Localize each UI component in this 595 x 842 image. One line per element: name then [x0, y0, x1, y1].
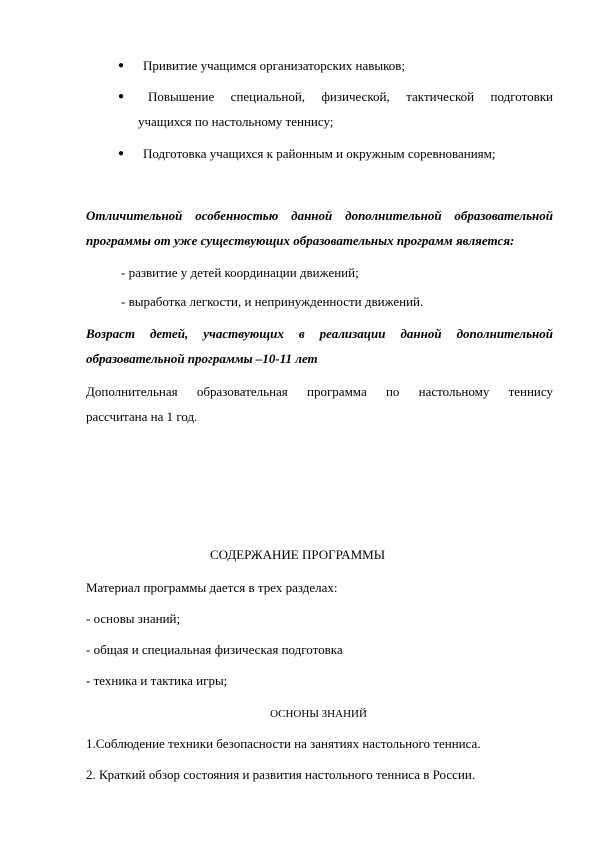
feature-heading-line: Отличительной особенностью данной дополн…: [86, 208, 553, 224]
basics-item: 1.Соблюдение техники безопасности на зан…: [86, 736, 481, 752]
goal-item: Подготовка учащихся к районным и окружны…: [143, 146, 496, 162]
basics-item: 2. Краткий обзор состояния и развития на…: [86, 767, 475, 783]
goal-item: Повышение специальной, физической, такти…: [148, 89, 553, 105]
duration-line: рассчитана на 1 год.: [86, 409, 197, 425]
content-title: СОДЕРЖАНИЕ ПРОГРАММЫ: [0, 547, 595, 563]
bullet-icon: ●: [118, 89, 124, 105]
content-section-item: - техника и тактика игры;: [86, 673, 227, 689]
content-section-item: - общая и специальная физическая подгото…: [86, 642, 343, 658]
content-section-item: - основы знаний;: [86, 611, 180, 627]
basics-title: ОСНОНЫ ЗНАНИЙ: [0, 706, 595, 722]
feature-item: - развитие у детей координации движений;: [121, 265, 359, 281]
bullet-icon: ●: [118, 58, 124, 74]
age-line: Возраст детей, участвующих в реализации …: [86, 326, 553, 342]
goal-item: Привитие учащимся организаторских навыко…: [143, 58, 405, 74]
content-intro: Материал программы дается в трех раздела…: [86, 580, 338, 596]
goal-item-continuation: учащихся по настольному теннису;: [138, 114, 333, 130]
bullet-icon: ●: [118, 146, 124, 162]
age-line: образовательной программы –10-11 лет: [86, 351, 318, 367]
feature-heading-line: программы от уже существующих образовате…: [86, 233, 514, 249]
feature-item: - выработка легкости, и непринужденности…: [121, 294, 423, 310]
duration-line: Дополнительная образовательная программа…: [86, 384, 553, 400]
